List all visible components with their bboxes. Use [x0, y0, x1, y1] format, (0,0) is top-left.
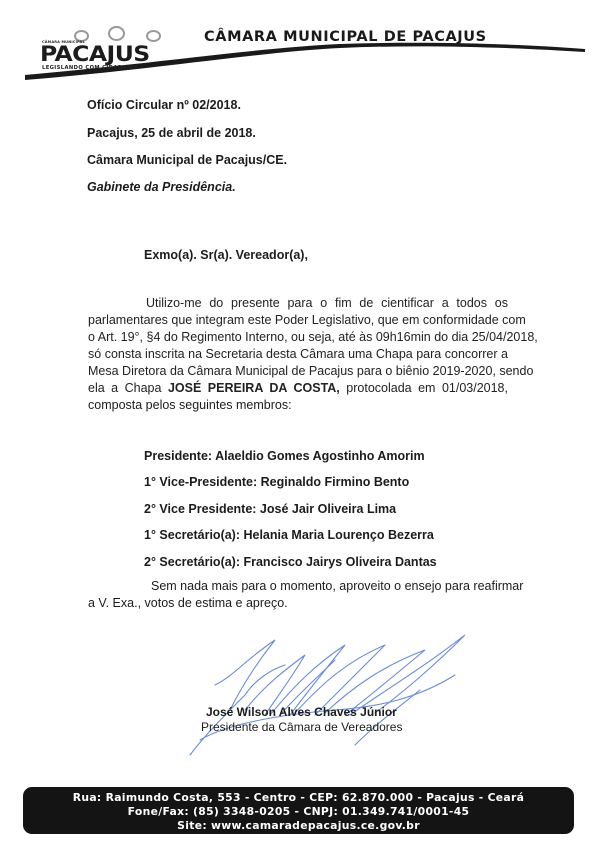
member-vice-president-2: 2° Vice Presidente: José Jair Oliveira L…	[144, 502, 396, 516]
member-secretary-1: 1° Secretário(a): Helania Maria Lourenço…	[144, 528, 434, 542]
signature-scribble	[185, 615, 475, 765]
body-line: só consta inscrita na Secretaria desta C…	[88, 347, 508, 361]
logo-person-icon	[146, 30, 161, 42]
document-reference: Ofício Circular nº 02/2018.	[87, 98, 241, 112]
signatory-title: Presidente da Câmara de Vereadores	[201, 720, 402, 734]
logo-tagline: LEGISLANDO COM CIDADANIA	[42, 65, 138, 71]
footer-address: Rua: Raimundo Costa, 553 - Centro - CEP:…	[23, 791, 574, 804]
document-sender: Câmara Municipal de Pacajus/CE.	[87, 153, 287, 167]
salutation: Exmo(a). Sr(a). Vereador(a),	[144, 248, 308, 262]
body-line: Mesa Diretora da Câmara Municipal de Pac…	[88, 364, 508, 378]
member-vice-president-1: 1° Vice-Presidente: Reginaldo Firmino Be…	[144, 475, 409, 489]
chapa-name: JOSÉ PEREIRA DA COSTA,	[168, 381, 340, 395]
member-president: Presidente: Alaeldio Gomes Agostinho Amo…	[144, 449, 425, 463]
body-line: parlamentares que integram este Poder Le…	[88, 313, 508, 327]
logo-person-icon	[108, 26, 125, 41]
body-line: o Art. 19°, §4 do Regimento Interno, ou …	[88, 330, 508, 344]
body-text: ela a Chapa	[88, 381, 168, 395]
pacajus-logo: CÂMARA MUNICIPAL PACAJUS LEGISLANDO COM …	[38, 26, 198, 76]
footer-contact: Fone/Fax: (85) 3348-0205 - CNPJ: 01.349.…	[23, 805, 574, 818]
closing-line: a V. Exa., votos de estima e apreço.	[88, 596, 288, 610]
header-title: CÂMARA MUNICIPAL DE PACAJUS	[204, 29, 487, 45]
signatory-name: José Wilson Alves Chaves Júnior	[206, 705, 397, 719]
body-text: protocolada em 01/03/2018,	[340, 381, 508, 395]
footer-site: Site: www.camaradepacajus.ce.gov.br	[23, 819, 574, 832]
body-line: composta pelos seguintes membros:	[88, 398, 292, 412]
document-department: Gabinete da Presidência.	[87, 180, 236, 194]
document-place-date: Pacajus, 25 de abril de 2018.	[87, 126, 256, 140]
body-line: Utilizo-me do presente para o fim de cie…	[146, 296, 508, 310]
logo-main-text: PACAJUS	[40, 44, 150, 64]
closing-line: Sem nada mais para o momento, aproveito …	[151, 579, 523, 593]
member-secretary-2: 2° Secretário(a): Francisco Jairys Olive…	[144, 555, 437, 569]
footer-contact-bar: Rua: Raimundo Costa, 553 - Centro - CEP:…	[23, 787, 574, 834]
body-line-chapa: ela a Chapa JOSÉ PEREIRA DA COSTA, proto…	[88, 381, 508, 395]
